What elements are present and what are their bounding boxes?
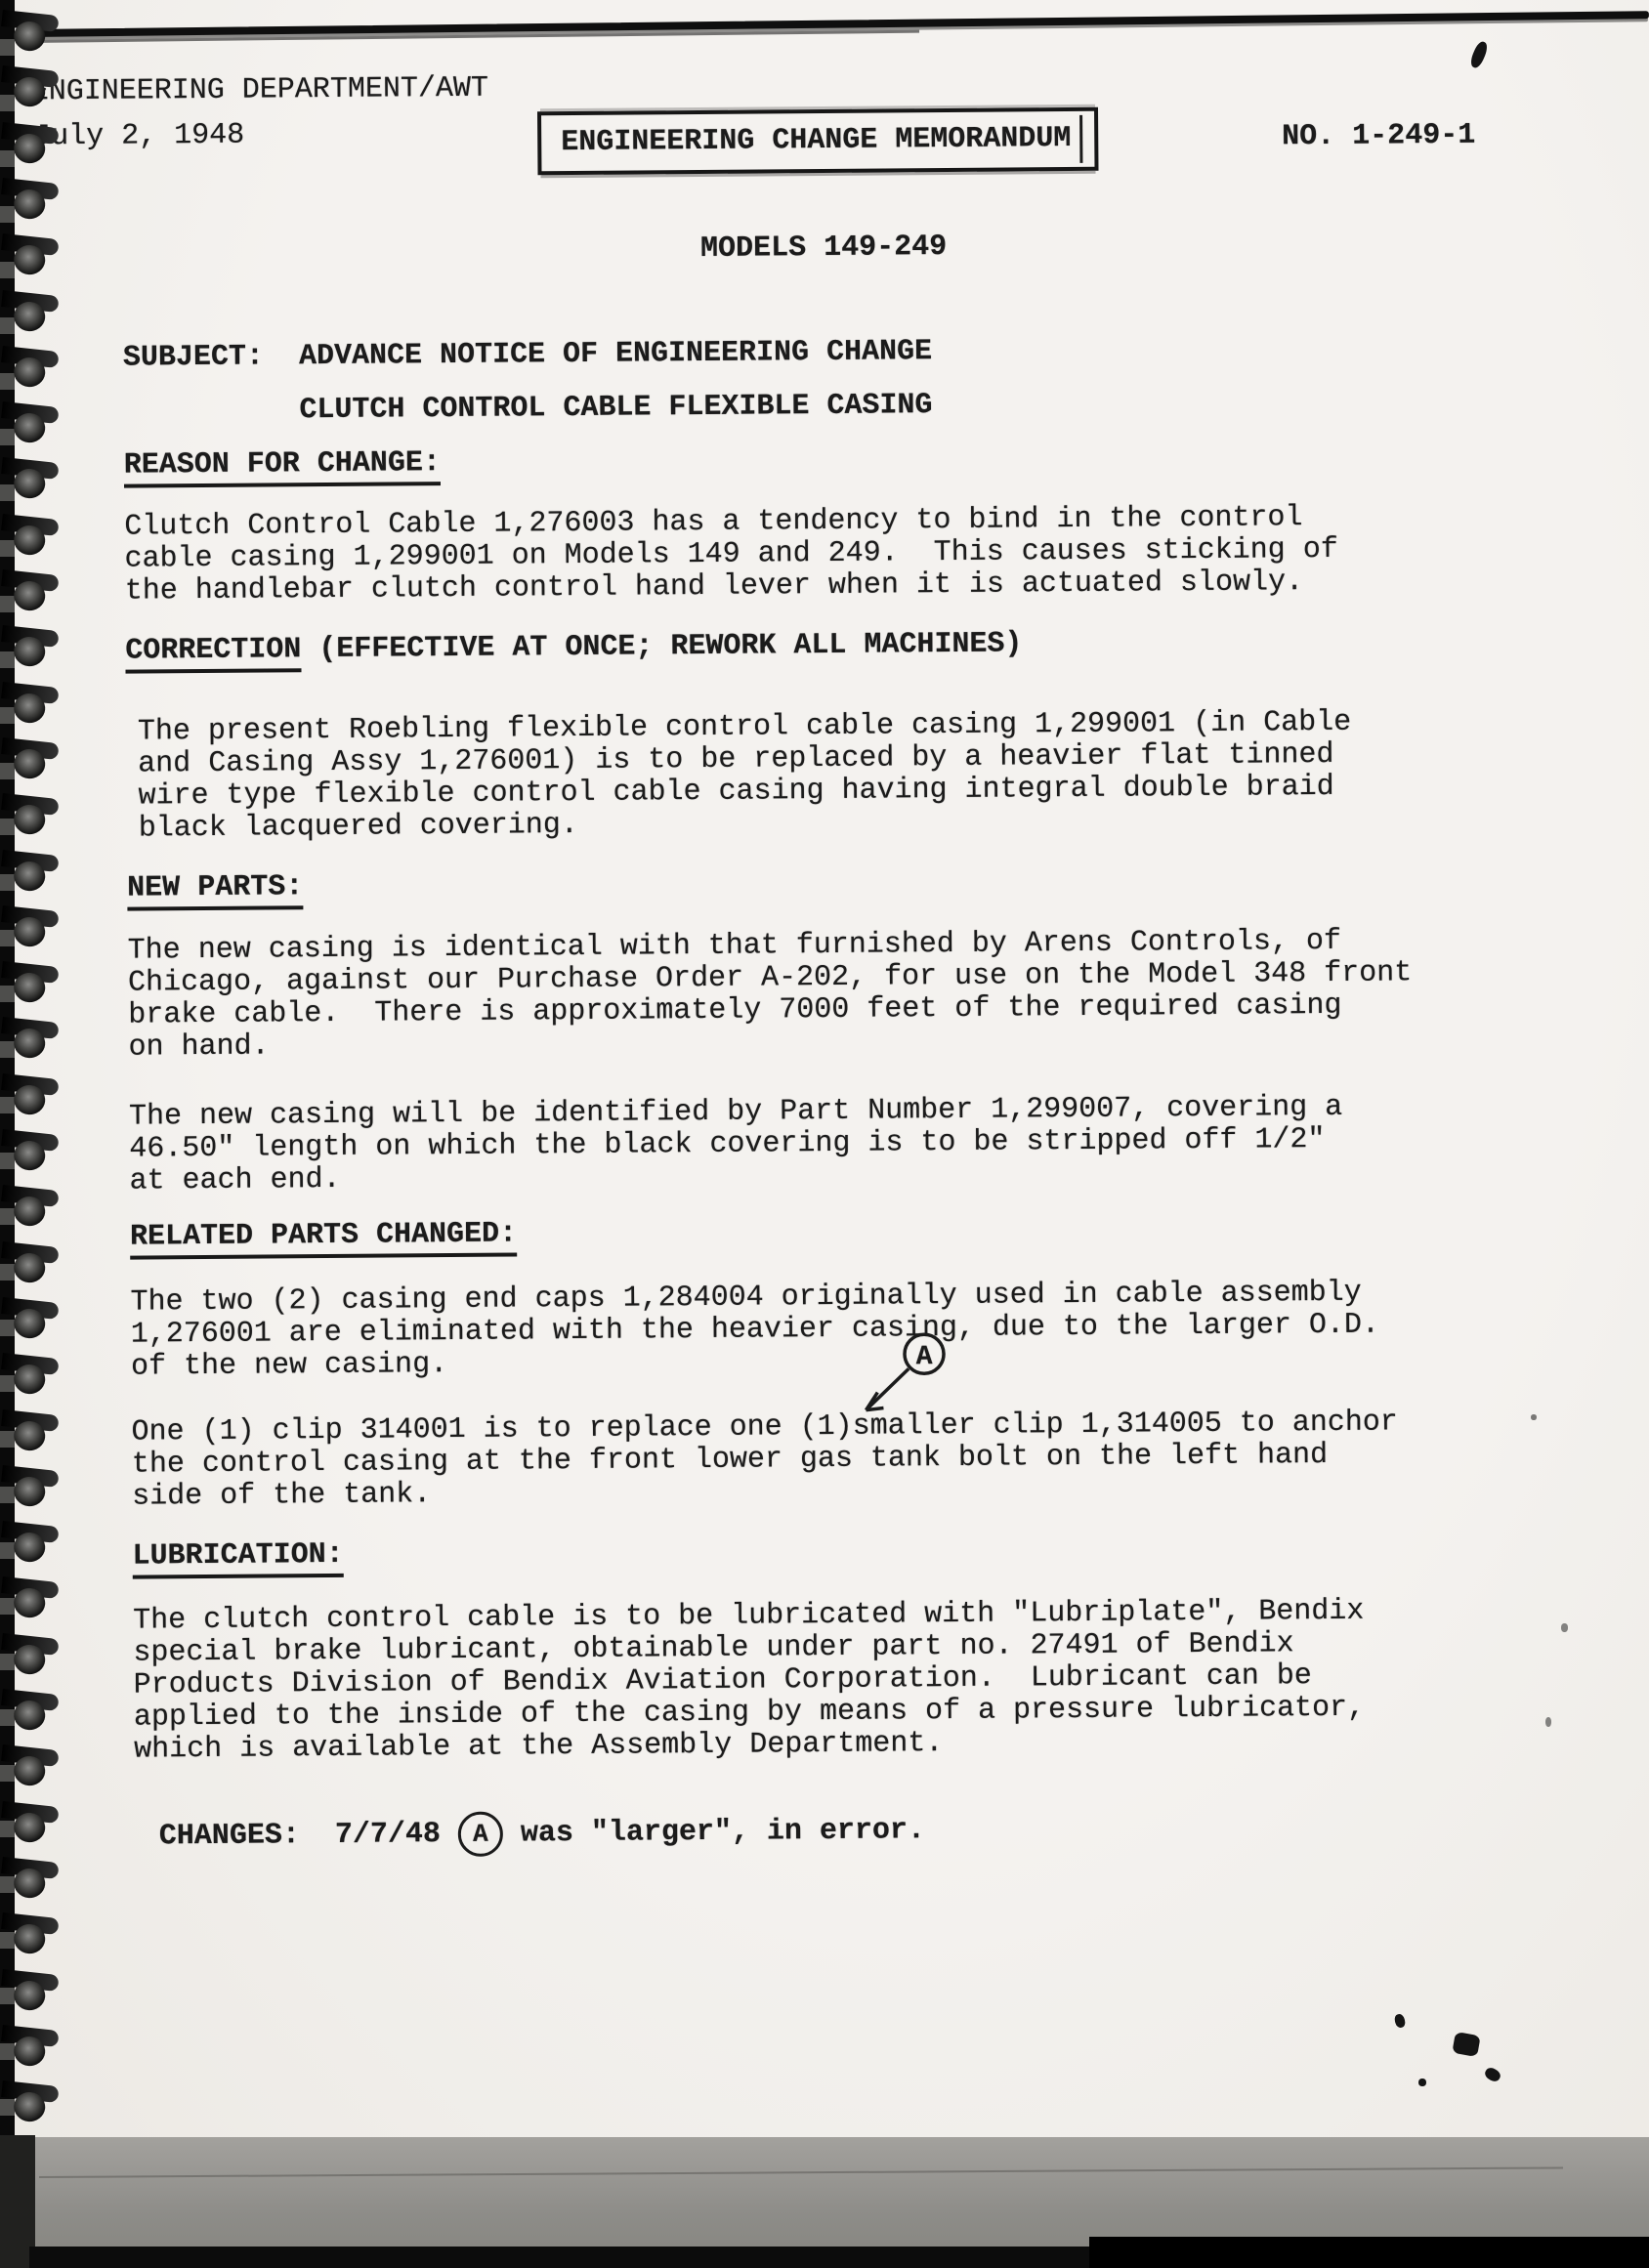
subject-row: SUBJECT:ADVANCE NOTICE OF ENGINEERING CH… xyxy=(123,336,932,375)
svg-text:A: A xyxy=(916,1342,933,1372)
section-relatedparts-heading: RELATED PARTS CHANGED: xyxy=(130,1218,517,1259)
section-relatedparts-paragraph-1: The two (2) casing end caps 1,284004 ori… xyxy=(130,1278,1379,1384)
annotation-circled-a: A xyxy=(836,1329,958,1434)
scanned-memo-page: { "page": { "department_line": "ENGINEER… xyxy=(0,0,1649,2268)
annotation-arrow-icon: A xyxy=(836,1329,958,1424)
memo-box-inner-line xyxy=(1079,115,1082,163)
section-newparts-paragraph-1: The new casing is identical with that fu… xyxy=(128,925,1413,1064)
memo-content: ENGINEERING DEPARTMENT/AWT July 2, 1948 … xyxy=(0,0,1649,2144)
ink-speckle xyxy=(1561,1623,1568,1632)
scan-bottom-bar-right xyxy=(1089,2237,1649,2268)
subject-label: SUBJECT: xyxy=(123,340,264,374)
changes-date: 7/7/48 xyxy=(335,1819,441,1852)
section-lubrication-paragraph: The clutch control cable is to be lubric… xyxy=(133,1596,1365,1767)
changes-text: was "larger", in error. xyxy=(521,1815,925,1850)
changes-label: CHANGES: xyxy=(159,1820,300,1853)
subject-line1: ADVANCE NOTICE OF ENGINEERING CHANGE xyxy=(299,335,932,373)
section-lubrication-heading: LUBRICATION: xyxy=(132,1539,343,1579)
section-relatedparts-paragraph-2: One (1) clip 314001 is to replace one (1… xyxy=(131,1407,1398,1513)
department-line: ENGINEERING DEPARTMENT/AWT xyxy=(31,73,488,109)
subject-line2: CLUTCH CONTROL CABLE FLEXIBLE CASING xyxy=(299,390,932,427)
memo-title: ENGINEERING CHANGE MEMORANDUM xyxy=(561,122,1071,159)
smudge xyxy=(1452,2032,1480,2057)
smudge xyxy=(1418,2079,1426,2086)
memo-number: NO. 1-249-1 xyxy=(1282,120,1475,154)
models-line: MODELS 149-249 xyxy=(700,231,947,266)
section-reason-heading: REASON FOR CHANGE: xyxy=(124,447,441,488)
section-correction-paragraph: The present Roebling flexible control ca… xyxy=(138,707,1352,846)
section-reason-paragraph: Clutch Control Cable 1,276003 has a tend… xyxy=(124,502,1338,609)
changes-circled-a: A xyxy=(458,1812,503,1857)
memo-title-box: ENGINEERING CHANGE MEMORANDUM xyxy=(537,107,1099,176)
date-line: July 2, 1948 xyxy=(33,120,244,154)
ink-speckle xyxy=(1545,1717,1551,1727)
section-newparts-heading: NEW PARTS: xyxy=(127,871,303,910)
ink-speckle xyxy=(1531,1414,1537,1420)
changes-row: CHANGES: 7/7/48 A was "larger", in error… xyxy=(159,1808,925,1859)
section-newparts-paragraph-2: The new casing will be identified by Par… xyxy=(129,1092,1343,1198)
section-correction-heading: CORRECTION (EFFECTIVE AT ONCE; REWORK AL… xyxy=(125,628,1022,673)
